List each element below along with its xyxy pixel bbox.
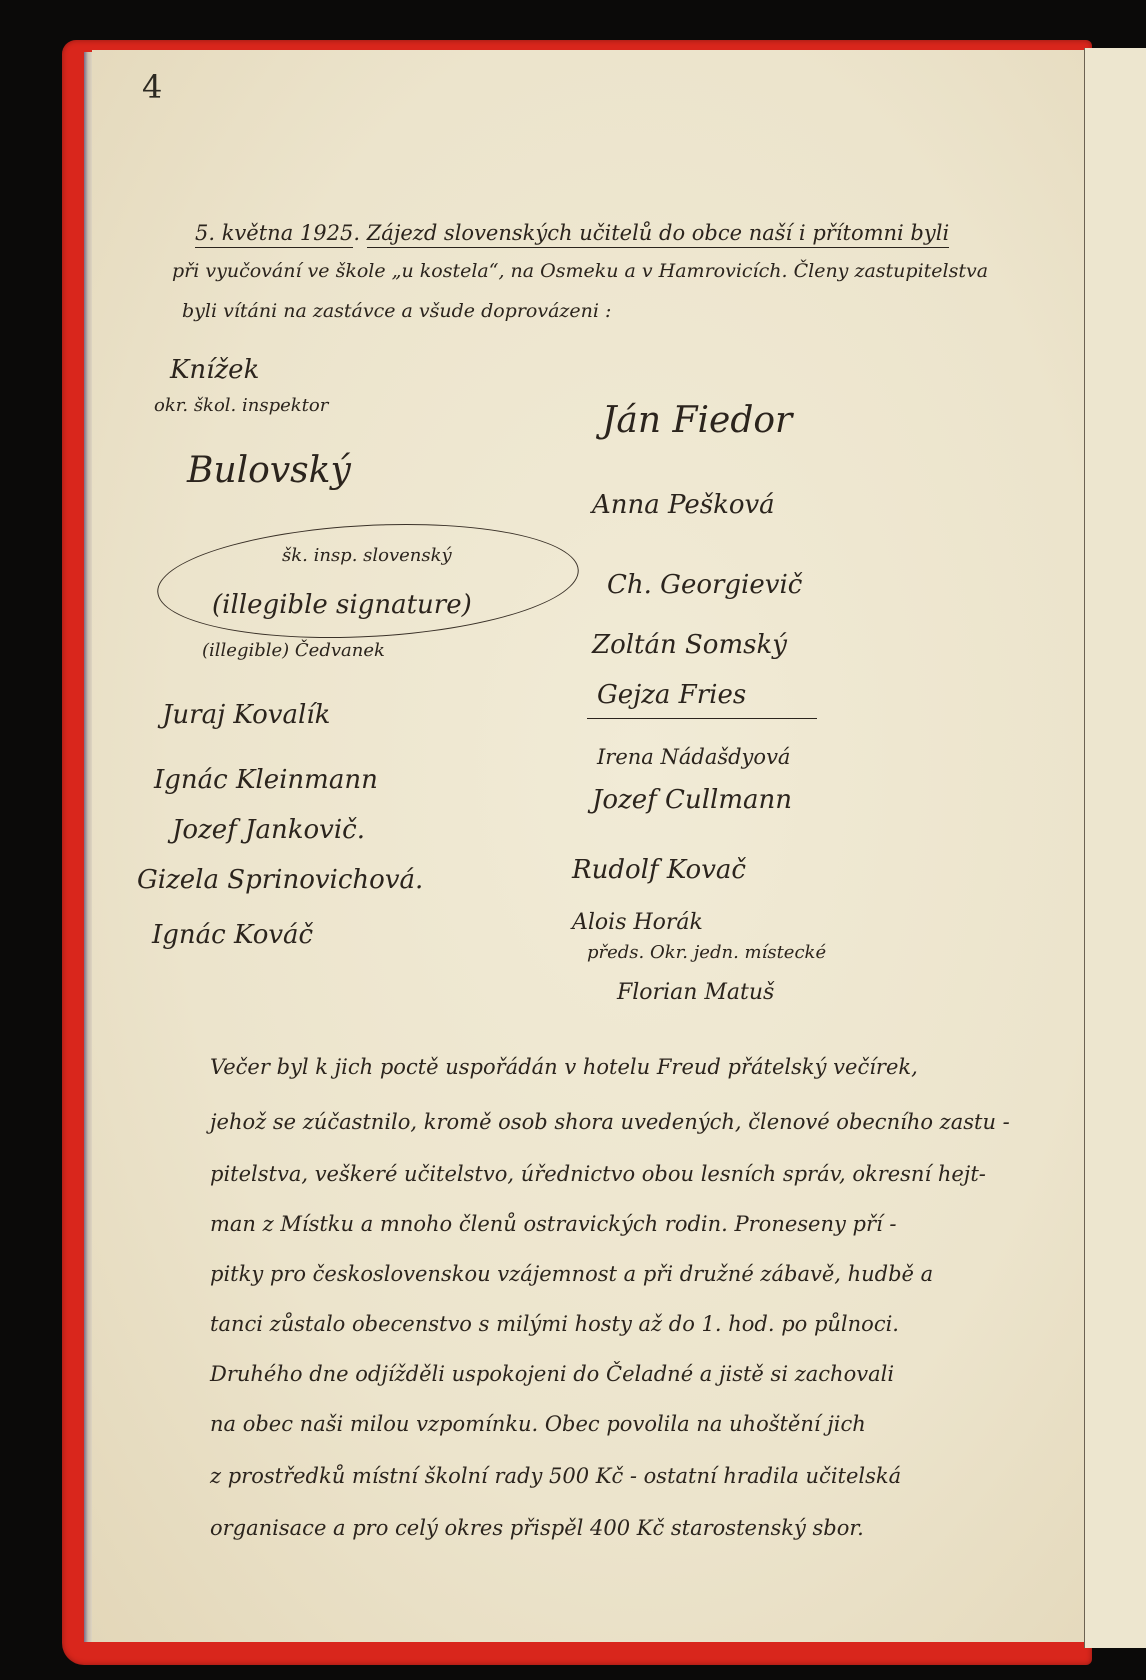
signature: Florian Matuš: [617, 980, 774, 1005]
signature: Anna Pešková: [592, 490, 775, 520]
paragraph-line: z prostředků místní školní rady 500 Kč -…: [210, 1464, 901, 1488]
signature-role: předs. Okr. jedn. místecké: [587, 942, 826, 963]
signature: Zoltán Somský: [592, 630, 787, 660]
signature-role: šk. insp. slovenský: [282, 545, 452, 566]
entry-title: Zájezd slovenských učitelů do obce naší …: [367, 221, 949, 248]
signature: Ján Fiedor: [602, 400, 792, 441]
signature: Ignác Kleinmann: [154, 765, 378, 795]
signature: Gejza Fries: [597, 680, 746, 710]
entry-date: 5. května 1925: [195, 221, 353, 248]
paragraph-line: na obec naši milou vzpomínku. Obec povol…: [210, 1412, 866, 1436]
signature: Jozef Jankovič.: [172, 815, 365, 845]
page-number: 4: [142, 68, 162, 106]
intro-line: při vyučování ve škole „u kostela“, na O…: [172, 260, 988, 282]
signature: Jozef Cullmann: [592, 785, 792, 815]
signature-underline: [587, 718, 817, 719]
signature: Gizela Sprinovichová.: [137, 865, 423, 895]
ledger-page: 4 5. května 1925. Zájezd slovenských uči…: [92, 50, 1084, 1642]
signature: (illegible signature): [212, 590, 472, 620]
signature-flourish: [154, 514, 581, 648]
paragraph-line: Večer byl k jich poctě uspořádán v hotel…: [210, 1055, 918, 1079]
signature: Rudolf Kovač: [572, 855, 746, 885]
signature: Knížek: [170, 355, 259, 385]
paragraph-line: Druhého dne odjížděli uspokojeni do Čela…: [210, 1362, 894, 1386]
signature: Bulovský: [187, 450, 351, 491]
signature: Alois Horák: [572, 910, 703, 935]
paragraph-line: pitky pro československou vzájemnost a p…: [210, 1262, 933, 1286]
paragraph-line: man z Místku a mnoho členů ostravických …: [210, 1212, 897, 1236]
paragraph-line: jehož se zúčastnilo, kromě osob shora uv…: [210, 1110, 1010, 1134]
signature-role: okr. škol. inspektor: [154, 395, 328, 416]
signature: Ch. Georgievič: [607, 570, 802, 600]
signature: Juraj Kovalík: [162, 700, 330, 730]
entry-heading: 5. května 1925. Zájezd slovenských učite…: [195, 218, 1065, 248]
signature: Irena Nádašdyová: [597, 745, 790, 769]
next-page-edge: [1084, 48, 1146, 1648]
paragraph-line: organisace a pro celý okres přispěl 400 …: [210, 1516, 864, 1540]
signature: (illegible) Čedvanek: [202, 640, 385, 661]
paragraph-line: pitelstva, veškeré učitelstvo, úřednictv…: [210, 1162, 986, 1186]
paragraph-line: tanci zůstalo obecenstvo s milými hosty …: [210, 1312, 899, 1336]
intro-line: byli vítáni na zastávce a všude doprováz…: [182, 300, 611, 322]
signature: Ignác Kováč: [152, 920, 313, 950]
